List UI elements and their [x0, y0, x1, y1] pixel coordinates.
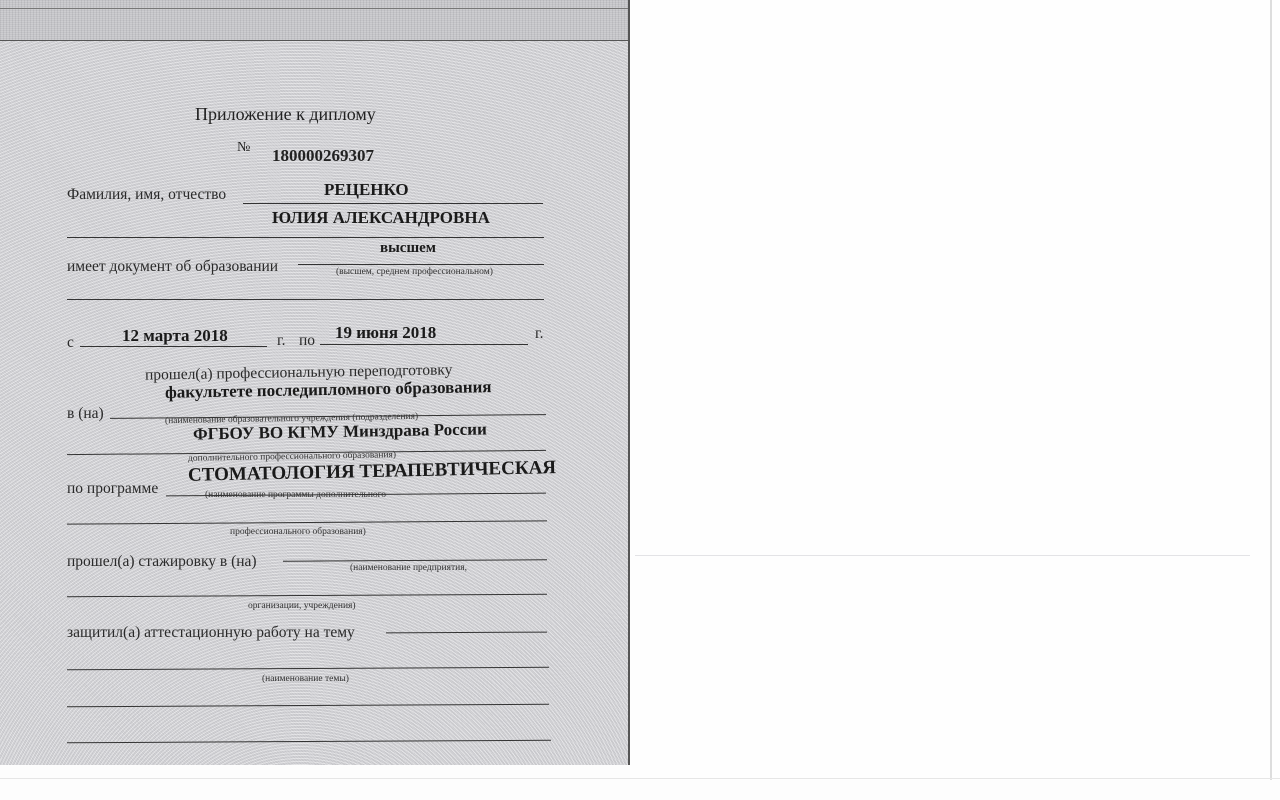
scan-bottom-edge [0, 778, 1280, 779]
name-underline [67, 237, 544, 238]
year-suffix-2: г. [535, 325, 543, 343]
date-to-underline [320, 344, 528, 345]
education-hint: (высшем, среднем профессиональном) [336, 267, 493, 277]
internship-underline [283, 559, 547, 561]
fio-label: Фамилия, имя, отчество [67, 186, 226, 204]
number-sign: № [237, 140, 250, 156]
faculty-value: факультете последипломного образования [165, 377, 492, 403]
institution-value: ФГБОУ ВО КГМУ Минздрава России [193, 419, 487, 444]
blank-facing-page [630, 0, 1280, 780]
program-label: по программе [67, 480, 158, 498]
name-patronymic-value: ЮЛИЯ АЛЕКСАНДРОВНА [272, 208, 490, 228]
thesis-hint: (наименование темы) [262, 674, 349, 684]
to-label: по [299, 332, 315, 350]
internship-underline-2 [67, 594, 547, 598]
education-underline-2 [67, 299, 544, 300]
page-edge [1270, 0, 1272, 780]
surname-value: РЕЦЕНКО [324, 180, 409, 200]
in-label: в (на) [67, 405, 104, 423]
document-title: Приложение к диплому [195, 104, 376, 125]
program-hint-2: профессионального образования) [230, 527, 366, 537]
date-from-underline [80, 346, 267, 347]
education-value: высшем [380, 240, 436, 257]
header-rule [0, 8, 628, 9]
thesis-label: защитил(а) аттестационную работу на тему [67, 624, 355, 642]
header-band [0, 0, 628, 41]
page-crease [635, 555, 1250, 556]
program-underline-2 [67, 520, 547, 524]
thesis-underline-2 [67, 667, 549, 671]
year-suffix-1: г. [277, 332, 285, 350]
thesis-underline [386, 632, 547, 634]
from-label: с [67, 334, 74, 352]
education-underline [298, 264, 544, 265]
fio-underline [243, 203, 543, 204]
education-label: имеет документ об образовании [67, 258, 278, 276]
internship-label: прошел(а) стажировку в (на) [67, 553, 257, 571]
date-from-value: 12 марта 2018 [122, 326, 228, 346]
thesis-underline-3 [67, 704, 549, 708]
internship-hint-2: организации, учреждения) [248, 601, 356, 611]
internship-hint-1: (наименование предприятия, [350, 563, 467, 573]
diploma-number: 180000269307 [272, 146, 374, 166]
date-to-value: 19 июня 2018 [335, 323, 436, 343]
thesis-underline-4 [67, 740, 551, 744]
program-hint-1: (наименование программы дополнительного [205, 490, 386, 500]
diploma-supplement-page: Приложение к диплому № 180000269307 Фами… [0, 0, 630, 765]
